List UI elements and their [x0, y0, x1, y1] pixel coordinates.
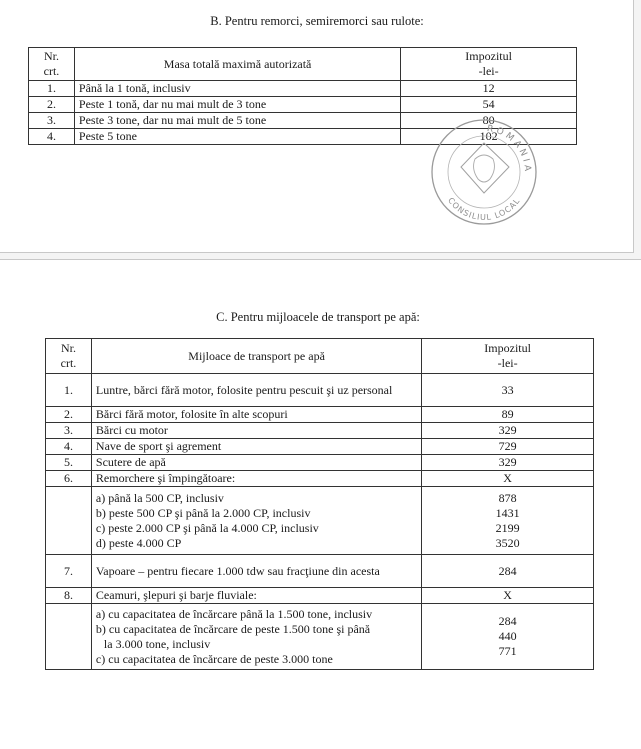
table-row: 7. Vapoare – pentru fiecare 1.000 tdw sa… — [46, 555, 594, 588]
table-row: 5. Scutere de apă 329 — [46, 455, 594, 471]
document-page-1: B. Pentru remorci, semiremorci sau rulot… — [0, 0, 634, 253]
header-desc: Mijloace de transport pe apă — [91, 339, 421, 374]
section-b-title: B. Pentru remorci, semiremorci sau rulot… — [210, 14, 423, 29]
row-nr: 6. — [46, 471, 92, 487]
row-desc: a) până la 500 CP, inclusiv b) peste 500… — [91, 487, 421, 555]
row-nr: 3. — [29, 113, 75, 129]
table-row-subitems: a) cu capacitatea de încărcare până la 1… — [46, 604, 594, 670]
trailer-tax-table: Nr.crt. Masa totală maximă autorizată Im… — [28, 47, 577, 145]
table-row: 4. Nave de sport şi agrement 729 — [46, 439, 594, 455]
row-desc: Luntre, bărci fără motor, folosite pentr… — [91, 374, 421, 407]
row-tax: 12 — [401, 81, 577, 97]
row-nr: 1. — [46, 374, 92, 407]
row-nr: 1. — [29, 81, 75, 97]
header-tax: Impozitul-lei- — [422, 339, 594, 374]
header-desc: Masa totală maximă autorizată — [74, 48, 400, 81]
table-row: 6. Remorchere şi împingătoare: X — [46, 471, 594, 487]
row-desc: Ceamuri, şlepuri şi barje fluviale: — [91, 588, 421, 604]
row-desc: Scutere de apă — [91, 455, 421, 471]
row-tax: 80 — [401, 113, 577, 129]
table-row: 2. Peste 1 tonă, dar nu mai mult de 3 to… — [29, 97, 577, 113]
row-tax: 878 1431 2199 3520 — [422, 487, 594, 555]
water-transport-tax-table: Nr.crt. Mijloace de transport pe apă Imp… — [45, 338, 594, 670]
row-tax: X — [422, 588, 594, 604]
row-desc: Bărci cu motor — [91, 423, 421, 439]
row-nr: 4. — [46, 439, 92, 455]
table-header-row: Nr.crt. Mijloace de transport pe apă Imp… — [46, 339, 594, 374]
row-desc: Bărci fără motor, folosite în alte scopu… — [91, 407, 421, 423]
row-nr: 7. — [46, 555, 92, 588]
header-nr: Nr.crt. — [29, 48, 75, 81]
row-tax: 102 — [401, 129, 577, 145]
header-nr: Nr.crt. — [46, 339, 92, 374]
row-nr: 4. — [29, 129, 75, 145]
row-tax: 729 — [422, 439, 594, 455]
row-desc: Remorchere şi împingătoare: — [91, 471, 421, 487]
row-desc: Până la 1 tonă, inclusiv — [74, 81, 400, 97]
table-row: 4. Peste 5 tone 102 — [29, 129, 577, 145]
row-nr: 2. — [29, 97, 75, 113]
row-nr — [46, 604, 92, 670]
row-tax: X — [422, 471, 594, 487]
section-c-title: C. Pentru mijloacele de transport pe apă… — [216, 310, 420, 325]
row-tax: 284 440 771 — [422, 604, 594, 670]
row-tax: 284 — [422, 555, 594, 588]
row-desc: Nave de sport şi agrement — [91, 439, 421, 455]
row-tax: 33 — [422, 374, 594, 407]
row-desc: Peste 3 tone, dar nu mai mult de 5 tone — [74, 113, 400, 129]
table-row: 3. Bărci cu motor 329 — [46, 423, 594, 439]
row-desc: Peste 5 tone — [74, 129, 400, 145]
table-header-row: Nr.crt. Masa totală maximă autorizată Im… — [29, 48, 577, 81]
table-row: 1. Luntre, bărci fără motor, folosite pe… — [46, 374, 594, 407]
svg-text:CONSILIUL LOCAL: CONSILIUL LOCAL — [446, 196, 522, 222]
table-row: 2. Bărci fără motor, folosite în alte sc… — [46, 407, 594, 423]
table-row: 3. Peste 3 tone, dar nu mai mult de 5 to… — [29, 113, 577, 129]
row-desc: a) cu capacitatea de încărcare până la 1… — [91, 604, 421, 670]
row-desc: Vapoare – pentru fiecare 1.000 tdw sau f… — [91, 555, 421, 588]
row-nr: 2. — [46, 407, 92, 423]
row-nr: 8. — [46, 588, 92, 604]
row-tax: 54 — [401, 97, 577, 113]
table-row-subitems: a) până la 500 CP, inclusiv b) peste 500… — [46, 487, 594, 555]
header-tax: Impozitul-lei- — [401, 48, 577, 81]
row-nr: 5. — [46, 455, 92, 471]
table-row: 8. Ceamuri, şlepuri şi barje fluviale: X — [46, 588, 594, 604]
row-tax: 329 — [422, 423, 594, 439]
table-row: 1. Până la 1 tonă, inclusiv 12 — [29, 81, 577, 97]
row-nr: 3. — [46, 423, 92, 439]
row-nr — [46, 487, 92, 555]
row-tax: 329 — [422, 455, 594, 471]
row-tax: 89 — [422, 407, 594, 423]
row-desc: Peste 1 tonă, dar nu mai mult de 3 tone — [74, 97, 400, 113]
